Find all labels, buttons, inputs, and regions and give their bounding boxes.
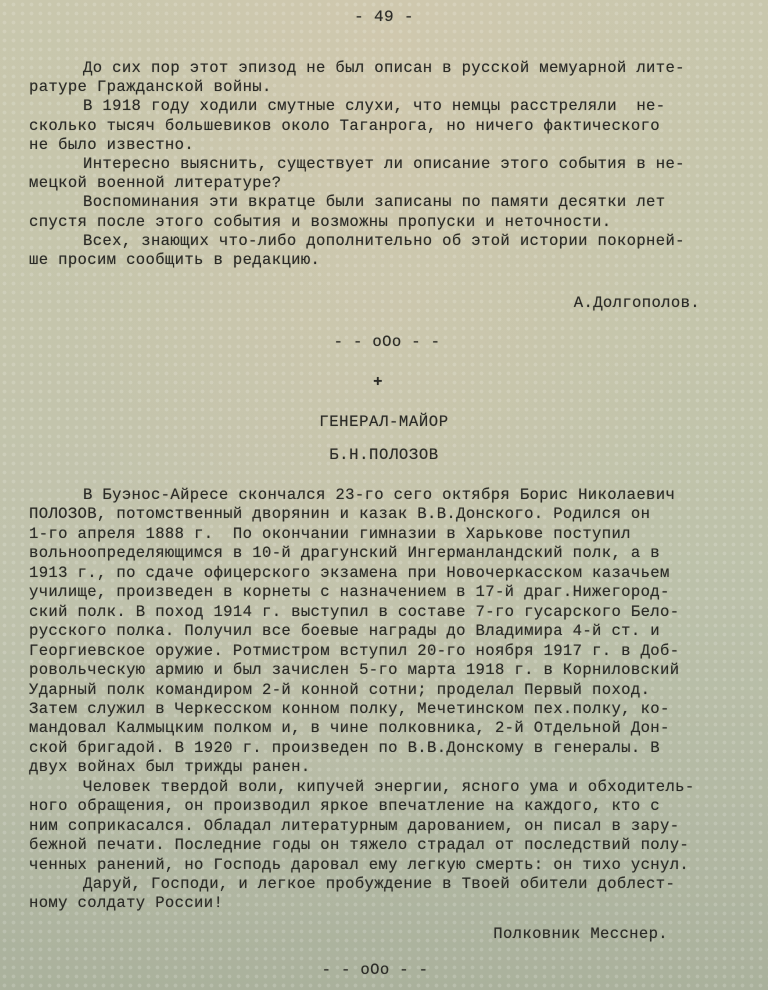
text-line: ченных ранений, но Господь даровал ему л… [29, 856, 689, 874]
text-line: В 1918 году ходили смутные слухи, что не… [83, 97, 665, 115]
text-line: 1-го апреля 1888 г. По окончании гимнази… [29, 525, 631, 543]
separator-top: - - oOo - - [6, 333, 768, 351]
text-line: училище, произведен в корнеты с назначен… [29, 583, 670, 601]
text-line: ровольческую армию и был зачислен 5-го м… [29, 661, 679, 679]
text-line: ним соприкасался. Обладал литературным д… [29, 817, 679, 835]
typewritten-page: - 49 - До сих пор этот эпизод не был опи… [0, 0, 768, 990]
text-line: мандовал Калмыцким полком и, в чине полк… [29, 719, 670, 737]
text-line: В Буэнос-Айресе скончался 23-го сего окт… [83, 486, 675, 504]
text-line: ному солдату России! [29, 894, 223, 912]
obituary-title-rank: ГЕНЕРАЛ-МАЙОР [0, 413, 768, 431]
text-line: ский полк. В поход 1914 г. выступил в со… [29, 603, 679, 621]
text-line: ного обращения, он производил яркое впеч… [29, 797, 660, 815]
text-line: Ударный полк командиром 2-й конной сотни… [29, 681, 650, 699]
text-line: сколько тысяч большевиков около Таганрог… [29, 117, 660, 135]
signature-dolgopolov: А.Долгополов. [574, 294, 700, 312]
text-line: 1913 г., по сдаче офицерского экзамена п… [29, 564, 670, 582]
text-line: спустя после этого события и возможны пр… [29, 213, 611, 231]
text-line: ше просим сообщить в редакцию. [29, 251, 320, 269]
cross-symbol: + [0, 373, 768, 391]
text-line: ПОЛОЗОВ, потомственный дворянин и казак … [29, 505, 650, 523]
text-line: мецкой военной литературе? [29, 174, 281, 192]
obituary-title-name: Б.Н.ПОЛОЗОВ [0, 446, 768, 464]
text-line: Даруй, Господи, и легкое пробуждение в Т… [83, 875, 675, 893]
text-line: не было известно. [29, 136, 194, 154]
text-line: Всех, знающих что-либо дополнительно об … [83, 232, 685, 250]
text-line: русского полка. Получил все боевые награ… [29, 622, 660, 640]
signature-messner: Полковник Месснер. [493, 925, 668, 943]
text-line: Человек твердой воли, кипучей энергии, я… [83, 778, 695, 796]
text-line: Воспоминания эти вкратце были записаны п… [83, 193, 665, 211]
page-number: - 49 - [0, 8, 768, 26]
text-line: ратуре Гражданской войны. [29, 78, 272, 96]
text-line: двух войнах был трижды ранен. [29, 758, 311, 776]
text-line: Георгиевское оружие. Ротмистром вступил … [29, 642, 679, 660]
text-line: До сих пор этот эпизод не был описан в р… [83, 59, 685, 77]
text-line: бежной печати. Последние годы он тяжело … [29, 836, 689, 854]
separator-bottom: - - oOo - - [0, 961, 768, 979]
text-line: Затем служил в Черкесском конном полку, … [29, 700, 670, 718]
text-line: Интересно выяснить, существует ли описан… [83, 155, 685, 173]
text-line: ской бригадой. В 1920 г. произведен по В… [29, 739, 660, 757]
text-line: вольноопределяющимся в 10-й драгунский И… [29, 544, 660, 562]
